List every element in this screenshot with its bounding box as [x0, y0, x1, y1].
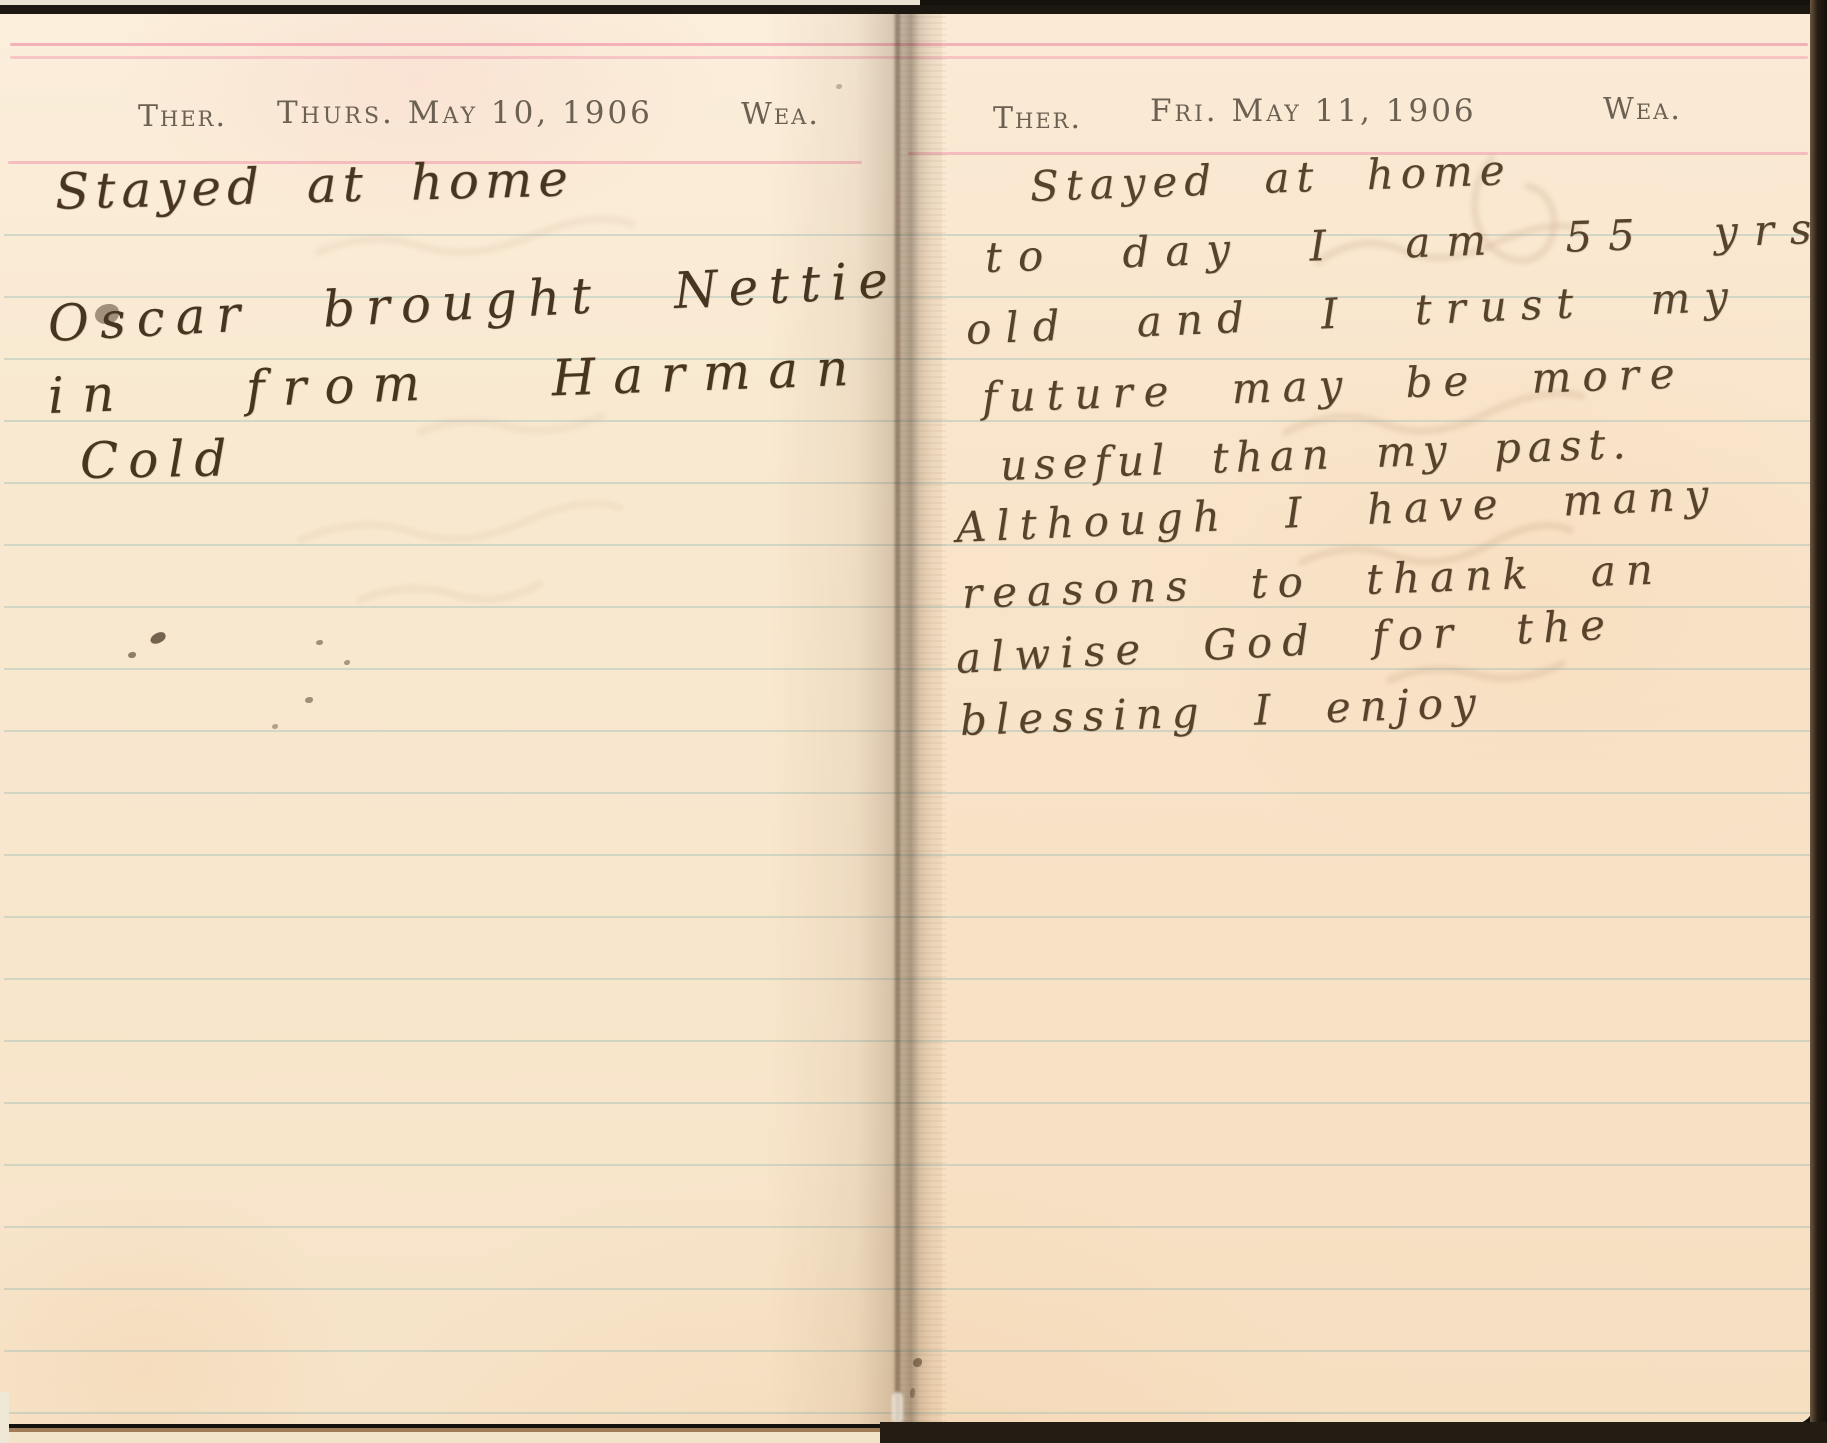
page-edge-bottom-left: [0, 1428, 880, 1443]
left-date-heading: Thurs. May 10, 1906: [277, 95, 653, 131]
scan-edge-right: [1810, 0, 1827, 1443]
page-edge-left-sliver: [0, 1392, 9, 1443]
left-wea-label: Wea.: [741, 97, 820, 132]
right-date-heading: Fri. May 11, 1906: [1150, 93, 1477, 129]
diary-scan: Ther. Thurs. May 10, 1906 Wea. Ther. Fri…: [0, 0, 1827, 1443]
binding-highlight-streak: [892, 1392, 903, 1424]
right-wea-label: Wea.: [1603, 92, 1682, 127]
scan-edge-bottom-right: [880, 1422, 1827, 1443]
left-entry-line: Cold: [79, 429, 236, 490]
binding-page-striation: [898, 10, 946, 1424]
right-ther-label: Ther.: [993, 101, 1082, 136]
left-ther-label: Ther.: [138, 99, 227, 134]
scan-edge-top: [0, 5, 1827, 14]
